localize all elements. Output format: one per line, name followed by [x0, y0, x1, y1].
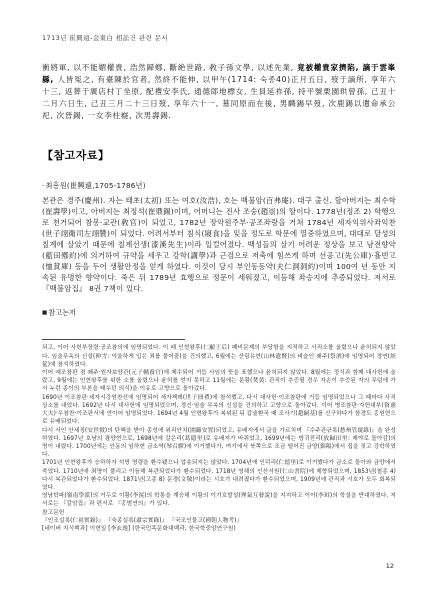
notes-heading-label: 참고논저: [48, 308, 76, 317]
notes-heading: ■참고논저: [42, 308, 396, 318]
person-biography: 본관은 경주(慶州). 자는 태초(太初) 또는 여호(汝浩), 호는 백불암(…: [42, 195, 396, 294]
hanja-text-segment: 衝將軍, 以不能媚權貴, 浩然歸鄕, 斷絶世路, 敎子孫文學, 以述先業,: [42, 63, 297, 72]
footnote-paragraph: 1690년 이조참판·세자시강원찬선에 임명되어 세자책례(世子冊禮)에 참석했…: [42, 394, 396, 427]
page-content: 1713년 崔興遠-金東白 相訟건 관련 문서 衝將軍, 以不能媚權貴, 浩然歸…: [0, 0, 424, 533]
footnote-paragraph: 영남학파(嶺南學派)의 거두로 이황(李滉)의 학통을 계승해 이황의 이기호발…: [42, 492, 396, 508]
footnote-references-title: 참고문헌: [42, 509, 396, 517]
footnote-paragraph: 이어 예조참판 겸 좨주·원자보양관(元子輔養官)에 제수되어 거듭 사임의 뜻…: [42, 369, 396, 394]
footnote-source-line: [네이버 지식백과] 이현일 [李玄逸] (한국민족문화대백과, 한국학중앙연구…: [42, 525, 396, 533]
reference-section-heading: 【참고자료】: [42, 147, 396, 163]
footnote-references-books: 『인조실록(仁祖實錄)』 『숙종실록(肅宗實錄)』 『국조인물고(國朝人物考)』: [42, 517, 396, 525]
main-hanja-paragraph: 衝將軍, 以不能媚權貴, 浩然歸鄕, 斷絶世路, 敎子孫文學, 以述先業, 竟被…: [42, 62, 396, 122]
person-name: 최흥원(崔興遠,1705-1786년): [46, 181, 146, 190]
hanja-text-segment-2: 人皆冤之, 有臺陳於官者, 然終不能伸, 以甲午(1714: 숙종40)正月五日…: [42, 75, 396, 120]
square-bullet-icon: ■: [42, 310, 47, 316]
document-page: 1713년 崔興遠-金東白 相訟건 관련 문서 衝將軍, 以不能媚權貴, 浩然歸…: [0, 0, 424, 599]
footnote-paragraph: 되고, 이어 사헌부장령·공조참의에 임명되었다. 이 때 인현왕후(仁顯王后)…: [42, 344, 396, 369]
footnote-paragraph: 1701년 인현왕후가 승하하자 석방 명령을 환수됐으나 압송되지는 않았다.…: [42, 459, 396, 492]
page-number: 12: [386, 562, 394, 570]
page-title: 1713년 崔興遠-金東白 相訟건 관련 문서: [42, 33, 396, 42]
footnote-block: 되고, 이어 사헌부장령·공조참의에 임명되었다. 이 때 인현왕후(仁顯王后)…: [42, 344, 396, 533]
footnote-divider: [42, 339, 185, 340]
footnote-paragraph: 다시 서인 안세징(安世徵)의 탄핵을 받아 종성에 위리안치(圍籬安置)되었고…: [42, 427, 396, 460]
bullet-icon: ·: [42, 181, 45, 190]
person-name-line: ·최흥원(崔興遠,1705-1786년): [42, 181, 396, 191]
